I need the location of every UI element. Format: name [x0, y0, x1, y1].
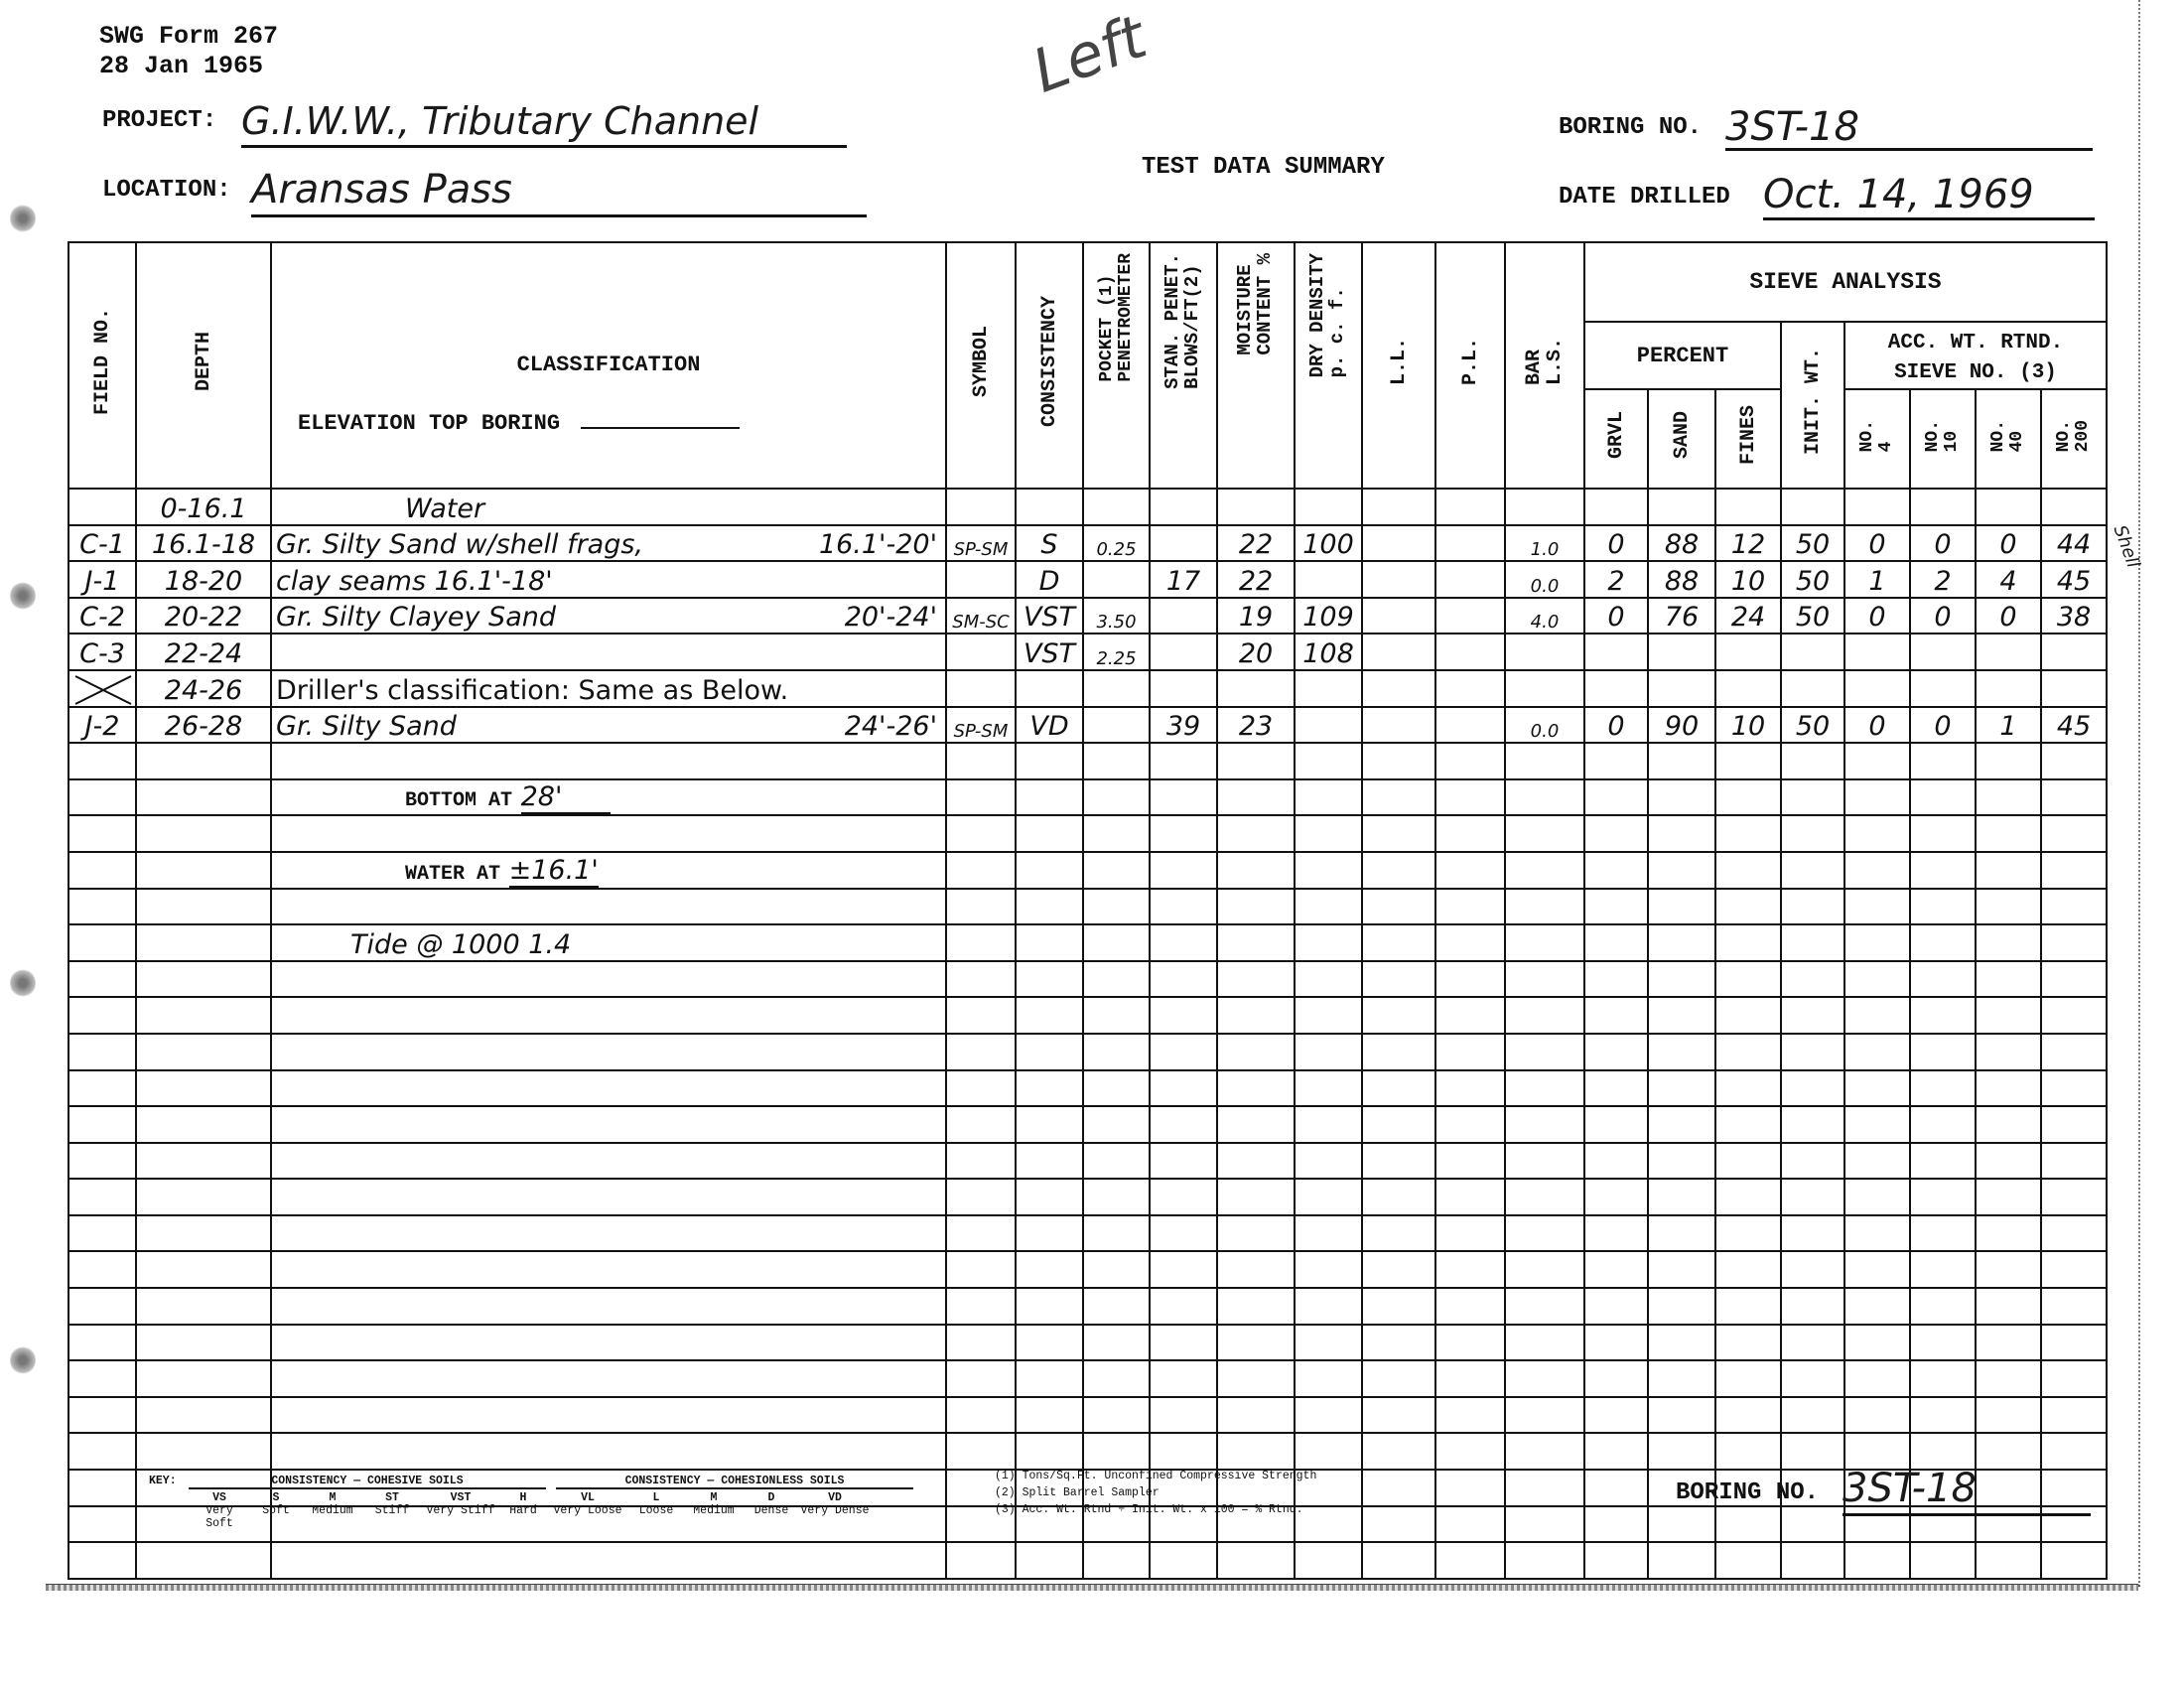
key-item: VSVery Soft — [189, 1491, 250, 1530]
cell-grvl — [1584, 924, 1648, 961]
key-item: VDVery Dense — [798, 1491, 872, 1530]
cell-consistency — [1016, 889, 1083, 925]
cell-symbol: SP-SM — [946, 707, 1016, 744]
cell-density — [1295, 1433, 1362, 1470]
cell-pocket — [1083, 852, 1150, 889]
cell-symbol — [946, 1360, 1016, 1397]
cell-grvl — [1584, 1179, 1648, 1215]
cell-density — [1295, 1397, 1362, 1434]
cell-bar-ls: 0.0 — [1505, 561, 1584, 598]
table-row-empty — [68, 1034, 2107, 1070]
cell-stan — [1150, 997, 1217, 1034]
cell-no40 — [1976, 889, 2041, 925]
cell-depth: 18-20 — [136, 561, 271, 598]
cell-depth: 16.1-18 — [136, 525, 271, 562]
cell-pl — [1435, 707, 1505, 744]
cell-init-wt — [1781, 961, 1844, 998]
cell-pl — [1435, 1106, 1505, 1143]
cell-bar-ls — [1505, 1433, 1584, 1470]
header-pl: P.L. — [1435, 242, 1505, 489]
cell-no40 — [1976, 1433, 2041, 1470]
cell-no10 — [1910, 489, 1976, 525]
cell-pocket — [1083, 1542, 1150, 1579]
key-item: LLoose — [629, 1491, 683, 1530]
table-row-empty: WATER AT ±16.1' — [68, 852, 2107, 889]
cell-bar-ls — [1505, 1288, 1584, 1325]
cell-stan — [1150, 1397, 1217, 1434]
cell-density — [1295, 707, 1362, 744]
cell-sand — [1648, 489, 1715, 525]
cell-stan — [1150, 743, 1217, 779]
cell-symbol — [946, 924, 1016, 961]
date-drilled-field: DATE DRILLED Oct. 14, 1969 — [1559, 184, 2095, 223]
cell-stan — [1150, 924, 1217, 961]
header-ll: L.L. — [1362, 242, 1435, 489]
cell-fines — [1715, 1034, 1781, 1070]
key-abbr: VL — [546, 1491, 629, 1504]
cell-bar-ls — [1505, 670, 1584, 707]
key-item: VLVery Loose — [546, 1491, 629, 1530]
cell-no10 — [1910, 889, 1976, 925]
cell-no4 — [1844, 779, 1910, 816]
cell-no200 — [2041, 743, 2107, 779]
cell-consistency — [1016, 1288, 1083, 1325]
cell-ll — [1362, 1542, 1435, 1579]
cell-init-wt — [1781, 743, 1844, 779]
cell-field-no — [68, 815, 136, 852]
cell-density — [1295, 670, 1362, 707]
cell-no10 — [1910, 1251, 1976, 1288]
cell-grvl — [1584, 634, 1648, 670]
cell-consistency — [1016, 1179, 1083, 1215]
cell-fines — [1715, 815, 1781, 852]
cell-stan — [1150, 525, 1217, 562]
cell-no200 — [2041, 1325, 2107, 1361]
punch-hole — [10, 204, 36, 233]
cell-grvl — [1584, 889, 1648, 925]
cell-symbol — [946, 1251, 1016, 1288]
cell-moisture — [1217, 1433, 1295, 1470]
cell-ll — [1362, 670, 1435, 707]
cell-classification — [271, 1034, 946, 1070]
cell-ll — [1362, 1288, 1435, 1325]
cell-field-no — [68, 1179, 136, 1215]
cell-init-wt — [1781, 1542, 1844, 1579]
header-init-wt: INIT. WT. — [1781, 322, 1844, 489]
cell-no200 — [2041, 779, 2107, 816]
cell-no10 — [1910, 779, 1976, 816]
boring-no-value: 3ST-18 — [1725, 104, 2093, 151]
cell-no4: 0 — [1844, 525, 1910, 562]
key-abbr: VS — [189, 1491, 250, 1504]
cell-symbol — [946, 779, 1016, 816]
cell-no40 — [1976, 1397, 2041, 1434]
cell-depth — [136, 997, 271, 1034]
cell-density — [1295, 489, 1362, 525]
cell-init-wt — [1781, 489, 1844, 525]
cell-fines — [1715, 852, 1781, 889]
cell-fines — [1715, 1360, 1781, 1397]
cell-classification — [271, 743, 946, 779]
cell-sand — [1648, 997, 1715, 1034]
cell-ll — [1362, 598, 1435, 634]
cell-classification: BOTTOM AT 28' — [271, 779, 946, 816]
cell-symbol — [946, 1106, 1016, 1143]
key-item: MMedium — [302, 1491, 363, 1530]
cell-depth — [136, 743, 271, 779]
header-acc-wt-rtnd: ACC. WT. RTND. SIEVE NO. (3) — [1844, 322, 2107, 389]
cohesionless-title: CONSISTENCY — COHESIONLESS SOILS — [556, 1475, 913, 1489]
cell-pl — [1435, 924, 1505, 961]
cell-init-wt: 50 — [1781, 598, 1844, 634]
cell-classification: Water — [271, 489, 946, 525]
cell-no200 — [2041, 1034, 2107, 1070]
classification-depth-range: 16.1'-20' — [819, 529, 945, 560]
cell-grvl — [1584, 1397, 1648, 1434]
cell-fines: 24 — [1715, 598, 1781, 634]
cross-out-icon — [73, 674, 133, 706]
cell-depth — [136, 889, 271, 925]
cell-stan — [1150, 598, 1217, 634]
table-row-empty — [68, 1433, 2107, 1470]
form-id: SWG Form 267 — [99, 22, 278, 52]
footnote-3: (3) Acc. Wt. Rtnd ÷ Init. Wt. x 100 = % … — [995, 1501, 1316, 1518]
cell-field-no — [68, 1397, 136, 1434]
notes-water-label: WATER AT — [276, 863, 500, 886]
cell-bar-ls — [1505, 889, 1584, 925]
cell-no200 — [2041, 1143, 2107, 1180]
cell-ll — [1362, 1506, 1435, 1543]
cell-moisture — [1217, 1034, 1295, 1070]
cell-ll — [1362, 1143, 1435, 1180]
cell-field-no: J-2 — [68, 707, 136, 744]
cell-pocket — [1083, 489, 1150, 525]
cell-init-wt — [1781, 924, 1844, 961]
cell-fines — [1715, 743, 1781, 779]
key-name: Very Stiff — [421, 1504, 500, 1517]
location-field: LOCATION: Aransas Pass — [102, 177, 877, 220]
table-row-empty — [68, 1542, 2107, 1579]
cell-fines — [1715, 1542, 1781, 1579]
cell-density — [1295, 1542, 1362, 1579]
cell-field-no: J-1 — [68, 561, 136, 598]
cell-field-no-crossed — [68, 670, 136, 707]
cell-symbol — [946, 1325, 1016, 1361]
cell-density — [1295, 997, 1362, 1034]
cell-no200 — [2041, 924, 2107, 961]
cell-bar-ls — [1505, 997, 1584, 1034]
table-row-empty — [68, 815, 2107, 852]
cell-sand — [1648, 670, 1715, 707]
cell-field-no — [68, 1070, 136, 1107]
cell-pl — [1435, 1325, 1505, 1361]
cell-no4 — [1844, 1034, 1910, 1070]
cell-stan — [1150, 634, 1217, 670]
cell-no4 — [1844, 1542, 1910, 1579]
cell-consistency: VD — [1016, 707, 1083, 744]
cell-no4 — [1844, 1143, 1910, 1180]
cell-no10 — [1910, 1143, 1976, 1180]
cell-no40 — [1976, 1542, 2041, 1579]
cell-bar-ls: 4.0 — [1505, 598, 1584, 634]
test-data-table: FIELD NO. DEPTH CLASSIFICATION ELEVATION… — [68, 241, 2108, 1580]
cell-depth — [136, 1288, 271, 1325]
cell-pocket — [1083, 961, 1150, 998]
header-moisture-content: MOISTURECONTENT % — [1217, 242, 1295, 489]
cell-stan — [1150, 1325, 1217, 1361]
cell-no10 — [1910, 1360, 1976, 1397]
cell-consistency: VST — [1016, 598, 1083, 634]
cell-grvl — [1584, 1360, 1648, 1397]
cell-no200: 44 — [2041, 525, 2107, 562]
cell-grvl — [1584, 1542, 1648, 1579]
cell-no4 — [1844, 1106, 1910, 1143]
cell-field-no — [68, 1288, 136, 1325]
cell-consistency — [1016, 997, 1083, 1034]
cell-stan — [1150, 1433, 1217, 1470]
cell-pl — [1435, 1397, 1505, 1434]
cell-fines — [1715, 1106, 1781, 1143]
cell-field-no — [68, 743, 136, 779]
key-abbr: ST — [363, 1491, 421, 1504]
cell-no10 — [1910, 924, 1976, 961]
cell-bar-ls — [1505, 924, 1584, 961]
cell-field-no — [68, 1360, 136, 1397]
cell-density — [1295, 1143, 1362, 1180]
project-label: PROJECT: — [102, 107, 216, 134]
cell-consistency — [1016, 961, 1083, 998]
cell-no4 — [1844, 852, 1910, 889]
cell-init-wt — [1781, 1251, 1844, 1288]
header-field-no: FIELD NO. — [68, 242, 136, 489]
cell-no4 — [1844, 743, 1910, 779]
cell-density: 108 — [1295, 634, 1362, 670]
cell-fines — [1715, 1251, 1781, 1288]
cell-pl — [1435, 815, 1505, 852]
table-row-empty — [68, 1215, 2107, 1252]
cell-stan: 39 — [1150, 707, 1217, 744]
cell-bar-ls — [1505, 1106, 1584, 1143]
cell-symbol — [946, 1034, 1016, 1070]
location-label: LOCATION: — [102, 177, 231, 204]
cell-no200 — [2041, 961, 2107, 998]
cell-consistency — [1016, 1360, 1083, 1397]
table-row-empty — [68, 1179, 2107, 1215]
cell-sand — [1648, 1288, 1715, 1325]
header-fines: FINES — [1715, 389, 1781, 489]
cell-depth — [136, 1360, 271, 1397]
cell-no40 — [1976, 1288, 2041, 1325]
cell-symbol — [946, 1215, 1016, 1252]
cell-consistency — [1016, 852, 1083, 889]
cell-consistency: D — [1016, 561, 1083, 598]
cell-fines — [1715, 1179, 1781, 1215]
cell-no200 — [2041, 1070, 2107, 1107]
cell-bar-ls — [1505, 1506, 1584, 1543]
cell-stan — [1150, 1179, 1217, 1215]
cell-ll — [1362, 1070, 1435, 1107]
cell-classification — [271, 1288, 946, 1325]
cell-init-wt: 50 — [1781, 525, 1844, 562]
cell-no200 — [2041, 1251, 2107, 1288]
table-row-empty — [68, 1106, 2107, 1143]
cell-moisture — [1217, 1542, 1295, 1579]
header-classification: CLASSIFICATION ELEVATION TOP BORING — [271, 242, 946, 489]
cell-pl — [1435, 743, 1505, 779]
cell-no200 — [2041, 889, 2107, 925]
cell-no10 — [1910, 670, 1976, 707]
cell-no4 — [1844, 1360, 1910, 1397]
cell-consistency — [1016, 779, 1083, 816]
cell-no10 — [1910, 1215, 1976, 1252]
cell-moisture — [1217, 889, 1295, 925]
key-abbr: M — [683, 1491, 745, 1504]
cell-bar-ls — [1505, 1542, 1584, 1579]
cell-init-wt — [1781, 1360, 1844, 1397]
cell-fines: 10 — [1715, 561, 1781, 598]
cohesive-title: CONSISTENCY — COHESIVE SOILS — [189, 1475, 546, 1489]
elevation-top-boring: ELEVATION TOP BORING — [272, 411, 945, 436]
cell-grvl — [1584, 779, 1648, 816]
cell-depth — [136, 1106, 271, 1143]
cell-consistency — [1016, 815, 1083, 852]
cell-field-no — [68, 1215, 136, 1252]
cell-moisture — [1217, 670, 1295, 707]
cell-fines — [1715, 1215, 1781, 1252]
cell-depth — [136, 852, 271, 889]
cell-depth — [136, 1251, 271, 1288]
cell-pocket — [1083, 1106, 1150, 1143]
cell-no4 — [1844, 1070, 1910, 1107]
table-row-empty — [68, 889, 2107, 925]
cell-moisture — [1217, 852, 1295, 889]
cell-no200 — [2041, 489, 2107, 525]
cell-pl — [1435, 525, 1505, 562]
cell-fines — [1715, 1070, 1781, 1107]
cell-density — [1295, 1179, 1362, 1215]
cell-pl — [1435, 634, 1505, 670]
cell-bar-ls — [1505, 961, 1584, 998]
cell-bar-ls — [1505, 1070, 1584, 1107]
page-title: TEST DATA SUMMARY — [1142, 154, 1385, 181]
key-abbr: VD — [798, 1491, 872, 1504]
cell-pocket: 3.50 — [1083, 598, 1150, 634]
cell-no200 — [2041, 997, 2107, 1034]
cell-symbol — [946, 1070, 1016, 1107]
cell-no10 — [1910, 743, 1976, 779]
cell-no10 — [1910, 1070, 1976, 1107]
classification-text: clay seams 16.1'-18' — [276, 566, 553, 597]
cell-pl — [1435, 1070, 1505, 1107]
punch-hole — [10, 1345, 36, 1375]
table-row-empty — [68, 961, 2107, 998]
cell-symbol: SP-SM — [946, 525, 1016, 562]
cell-grvl — [1584, 1215, 1648, 1252]
cell-pocket — [1083, 1215, 1150, 1252]
cell-pl — [1435, 1179, 1505, 1215]
cell-depth: 24-26 — [136, 670, 271, 707]
cell-ll — [1362, 961, 1435, 998]
cell-consistency — [1016, 1433, 1083, 1470]
cell-pocket — [1083, 561, 1150, 598]
classification-text: Water — [276, 493, 484, 524]
cell-moisture — [1217, 1143, 1295, 1180]
cell-stan — [1150, 961, 1217, 998]
cell-grvl — [1584, 670, 1648, 707]
cell-sand — [1648, 1542, 1715, 1579]
cell-sand — [1648, 779, 1715, 816]
footnote-2: (2) Split Barrel Sampler — [995, 1484, 1316, 1501]
cell-classification: Gr. Silty Clayey Sand20'-24' — [271, 598, 946, 634]
cell-init-wt — [1781, 815, 1844, 852]
cell-stan — [1150, 1542, 1217, 1579]
cell-no200 — [2041, 815, 2107, 852]
cell-classification — [271, 997, 946, 1034]
cell-sand — [1648, 1325, 1715, 1361]
cell-field-no: C-2 — [68, 598, 136, 634]
cell-consistency — [1016, 1325, 1083, 1361]
cell-ll — [1362, 489, 1435, 525]
cell-no10: 0 — [1910, 525, 1976, 562]
cell-classification: Gr. Silty Sand w/shell frags,16.1'-20' — [271, 525, 946, 562]
cell-stan — [1150, 1106, 1217, 1143]
cell-depth — [136, 1397, 271, 1434]
cell-no10 — [1910, 1542, 1976, 1579]
table-row-empty — [68, 1397, 2107, 1434]
cell-consistency — [1016, 1070, 1083, 1107]
table-body: 0-16.1WaterC-116.1-18Gr. Silty Sand w/sh… — [68, 489, 2107, 1579]
cell-stan — [1150, 889, 1217, 925]
cell-no40: 0 — [1976, 598, 2041, 634]
cell-no4 — [1844, 670, 1910, 707]
cell-sand — [1648, 1179, 1715, 1215]
cell-moisture — [1217, 1251, 1295, 1288]
key-label: KEY: — [149, 1475, 177, 1487]
cell-symbol — [946, 1179, 1016, 1215]
cell-stan — [1150, 815, 1217, 852]
classification-text: Gr. Silty Clayey Sand — [276, 602, 556, 633]
key-name: Loose — [629, 1504, 683, 1517]
boring-no-label: BORING NO. — [1559, 114, 1702, 141]
punch-hole — [10, 968, 36, 998]
footnotes: (1) Tons/Sq.Ft. Unconfined Compressive S… — [995, 1468, 1316, 1518]
cell-no200: 45 — [2041, 561, 2107, 598]
cell-ll — [1362, 889, 1435, 925]
cell-consistency — [1016, 743, 1083, 779]
cell-init-wt — [1781, 1106, 1844, 1143]
cell-sand — [1648, 852, 1715, 889]
cell-density: 109 — [1295, 598, 1362, 634]
table-row: 24-26Driller's classification: Same as B… — [68, 670, 2107, 707]
cell-classification — [271, 815, 946, 852]
cell-ll — [1362, 1034, 1435, 1070]
cell-ll — [1362, 707, 1435, 744]
project-field: PROJECT: G.I.W.W., Tributary Channel — [102, 107, 857, 151]
key-item: SSoft — [250, 1491, 302, 1530]
cell-sand — [1648, 1360, 1715, 1397]
key-name: Hard — [500, 1504, 546, 1517]
cell-no10: 2 — [1910, 561, 1976, 598]
cell-pocket — [1083, 779, 1150, 816]
cell-no40 — [1976, 961, 2041, 998]
cell-symbol — [946, 743, 1016, 779]
cell-no40 — [1976, 852, 2041, 889]
cell-depth — [136, 1542, 271, 1579]
cell-ll — [1362, 561, 1435, 598]
cell-depth — [136, 1215, 271, 1252]
cell-pl — [1435, 1542, 1505, 1579]
key-item: MMedium — [683, 1491, 745, 1530]
